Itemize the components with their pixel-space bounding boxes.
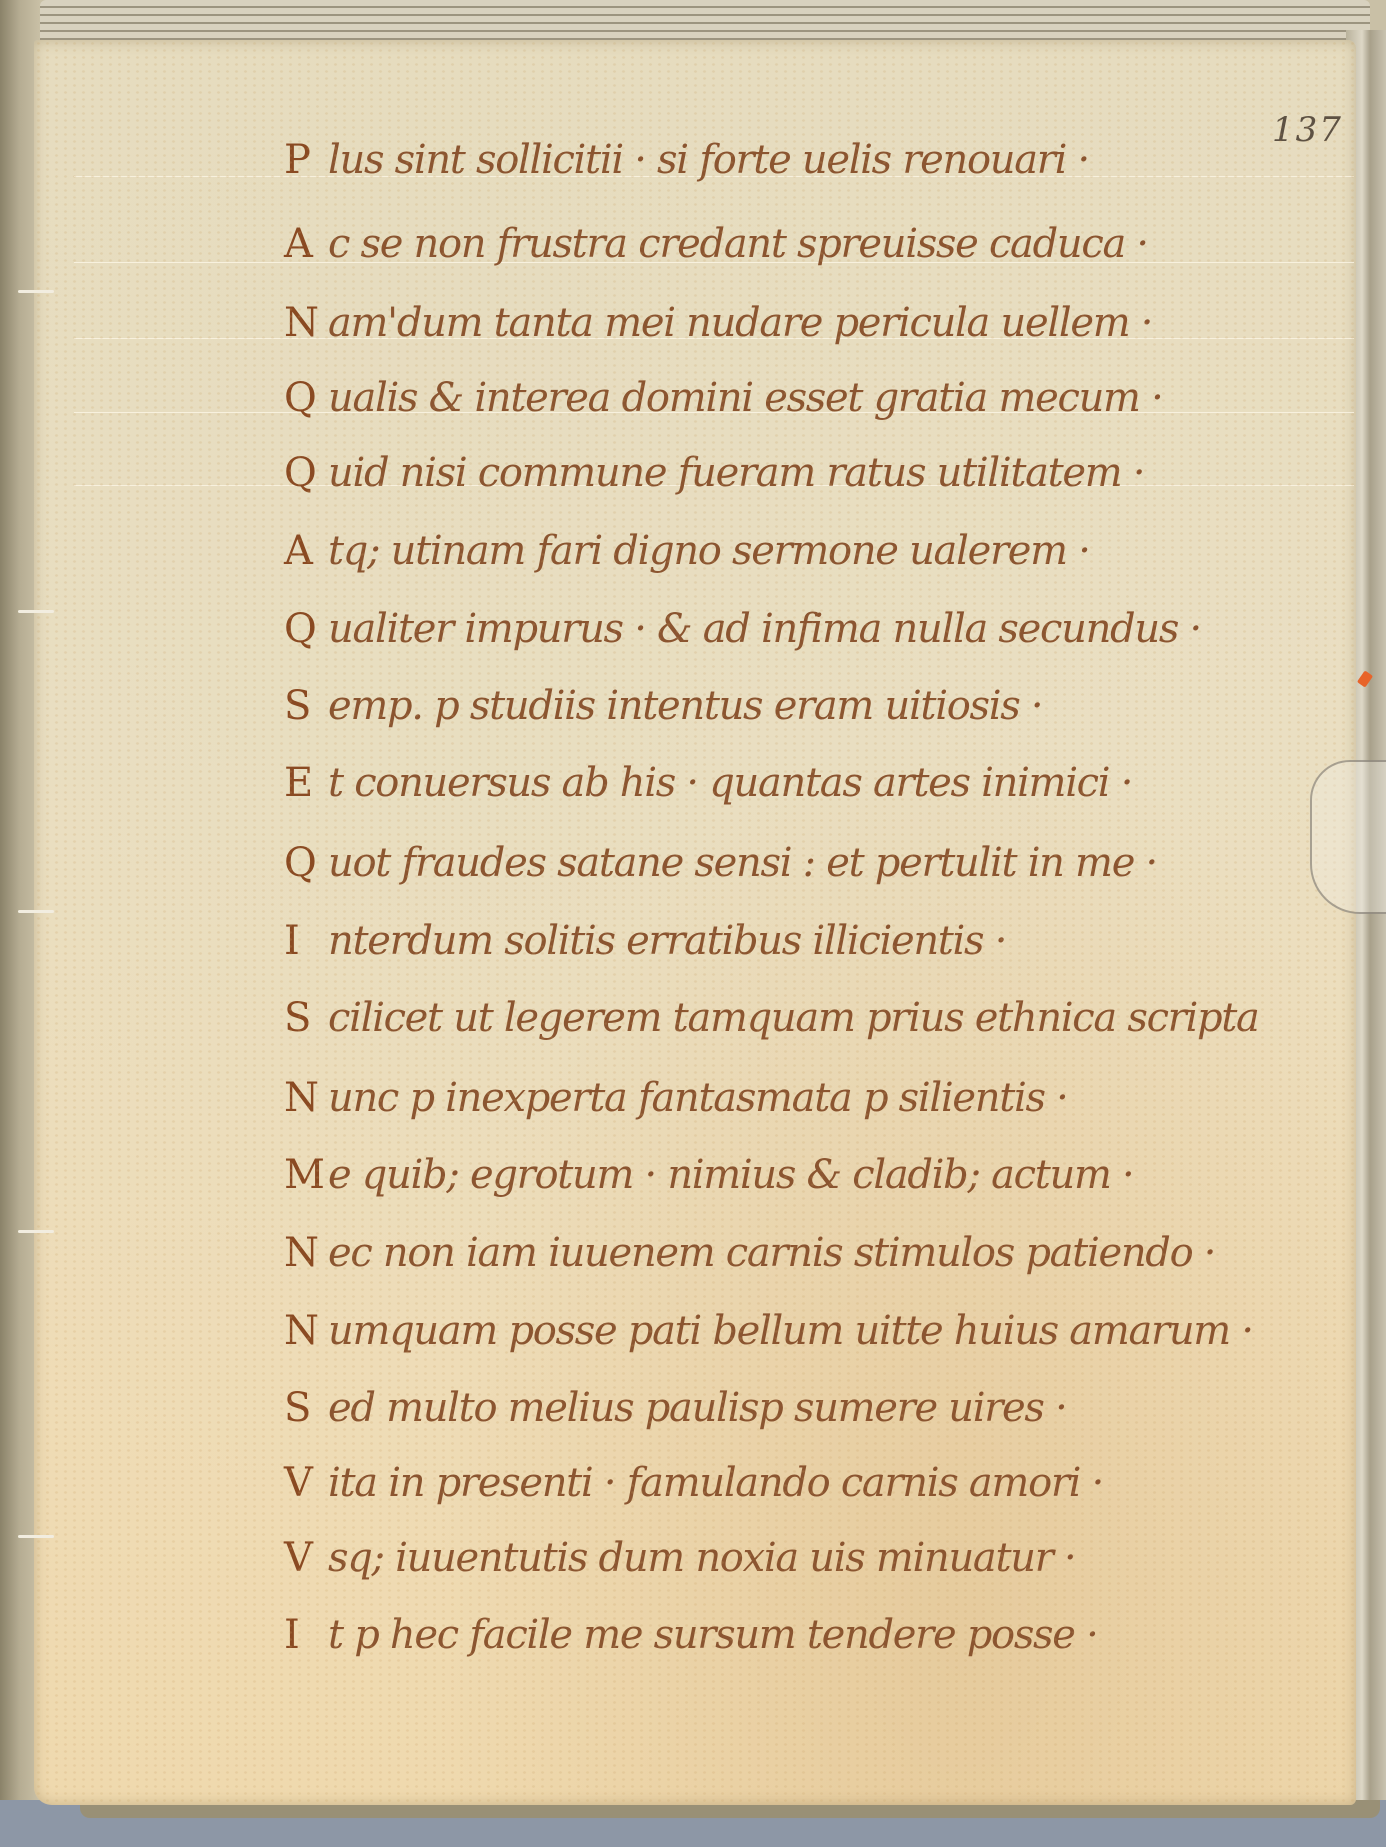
verse-text: tq; utinam fari digno sermone ualerem · <box>328 528 1090 574</box>
verse-text: emp. p studiis intentus eram uitiosis · <box>328 683 1042 729</box>
verse-text: uot fraudes satane sensi : et pertulit i… <box>328 840 1157 886</box>
verse-line-11: I nterdum solitis erratibus illicientis … <box>284 918 1006 978</box>
verse-initial: A <box>284 528 328 574</box>
binding-stitch <box>18 290 54 293</box>
verse-line-16: N umquam posse pati bellum uitte huius a… <box>284 1308 1253 1368</box>
verse-line-8: S emp. p studiis intentus eram uitiosis … <box>284 683 1042 743</box>
manuscript-folio: 137 P lus sint sollicitii · si forte uel… <box>34 40 1356 1805</box>
verse-text: am'dum tanta mei nudare pericula uellem … <box>328 300 1152 346</box>
verse-line-10: Q uot fraudes satane sensi : et pertulit… <box>284 840 1157 900</box>
verse-text: uid nisi commune fueram ratus utilitatem… <box>328 450 1144 496</box>
verse-line-19: V sq; iuuentutis dum noxia uis minuatur … <box>284 1535 1075 1595</box>
page-clip-tab <box>1310 760 1386 914</box>
verse-text: ualiter impurus · & ad infima nulla secu… <box>328 606 1201 652</box>
binding-stitch <box>18 610 54 613</box>
verse-initial: S <box>284 995 328 1041</box>
verse-text: umquam posse pati bellum uitte huius ama… <box>328 1308 1253 1354</box>
verse-initial: N <box>284 1230 328 1276</box>
folio-number: 137 <box>1272 110 1343 150</box>
verse-line-17: S ed multo melius paulisp sumere uires · <box>284 1385 1067 1445</box>
binding-stitch <box>18 1535 54 1538</box>
verse-initial: E <box>284 760 328 806</box>
verse-line-12: S cilicet ut legerem tamquam prius ethni… <box>284 995 1259 1055</box>
verse-text: c se non frustra credant spreuisse caduc… <box>328 221 1148 267</box>
verse-initial: A <box>284 221 328 267</box>
verse-text: ita in presenti · famulando carnis amori… <box>328 1460 1103 1506</box>
binding-stitch <box>18 910 54 913</box>
verse-initial: Q <box>284 840 328 886</box>
verse-text: cilicet ut legerem tamquam prius ethnica… <box>328 995 1259 1041</box>
verse-initial: V <box>284 1460 328 1506</box>
verse-text: t p hec facile me sursum tendere posse · <box>328 1612 1098 1658</box>
verse-line-18: V ita in presenti · famulando carnis amo… <box>284 1460 1103 1520</box>
verse-text: ualis & interea domini esset gratia mecu… <box>328 375 1163 421</box>
verse-text: ec non iam iuuenem carnis stimulos patie… <box>328 1230 1215 1276</box>
verse-text: ed multo melius paulisp sumere uires · <box>328 1385 1067 1431</box>
verse-line-9: E t conuersus ab his · quantas artes ini… <box>284 760 1132 820</box>
verse-text: sq; iuuentutis dum noxia uis minuatur · <box>328 1535 1075 1581</box>
verse-line-1: P lus sint sollicitii · si forte uelis r… <box>284 137 1089 197</box>
verse-text: t conuersus ab his · quantas artes inimi… <box>328 760 1132 806</box>
verse-line-14: M e quib; egrotum · nimius & cladib; act… <box>284 1152 1133 1212</box>
binding-stitch <box>18 1230 54 1233</box>
verse-initial: M <box>284 1152 328 1198</box>
verse-initial: I <box>284 918 328 964</box>
verse-initial: N <box>284 1075 328 1121</box>
verse-initial: Q <box>284 450 328 496</box>
verse-initial: I <box>284 1612 328 1658</box>
verse-text: lus sint sollicitii · si forte uelis ren… <box>328 137 1089 183</box>
verse-text: unc p inexperta fantasmata p silientis · <box>328 1075 1068 1121</box>
verse-initial: S <box>284 683 328 729</box>
verse-line-3: N am'dum tanta mei nudare pericula uelle… <box>284 300 1152 360</box>
verse-line-13: N unc p inexperta fantasmata p silientis… <box>284 1075 1068 1135</box>
verse-line-2: A c se non frustra credant spreuisse cad… <box>284 221 1148 281</box>
verse-initial: V <box>284 1535 328 1581</box>
verse-line-7: Q ualiter impurus · & ad infima nulla se… <box>284 606 1201 666</box>
verse-initial: Q <box>284 606 328 652</box>
verse-text: e quib; egrotum · nimius & cladib; actum… <box>328 1152 1133 1198</box>
verse-line-20: I t p hec facile me sursum tendere posse… <box>284 1612 1098 1672</box>
verse-line-5: Q uid nisi commune fueram ratus utilitat… <box>284 450 1144 510</box>
verse-line-15: N ec non iam iuuenem carnis stimulos pat… <box>284 1230 1215 1290</box>
verse-initial: N <box>284 1308 328 1354</box>
verse-line-6: A tq; utinam fari digno sermone ualerem … <box>284 528 1090 588</box>
verse-initial: P <box>284 137 328 183</box>
verse-text: nterdum solitis erratibus illicientis · <box>328 918 1006 964</box>
verse-initial: S <box>284 1385 328 1431</box>
verse-initial: N <box>284 300 328 346</box>
verse-initial: Q <box>284 375 328 421</box>
verse-line-4: Q ualis & interea domini esset gratia me… <box>284 375 1163 435</box>
